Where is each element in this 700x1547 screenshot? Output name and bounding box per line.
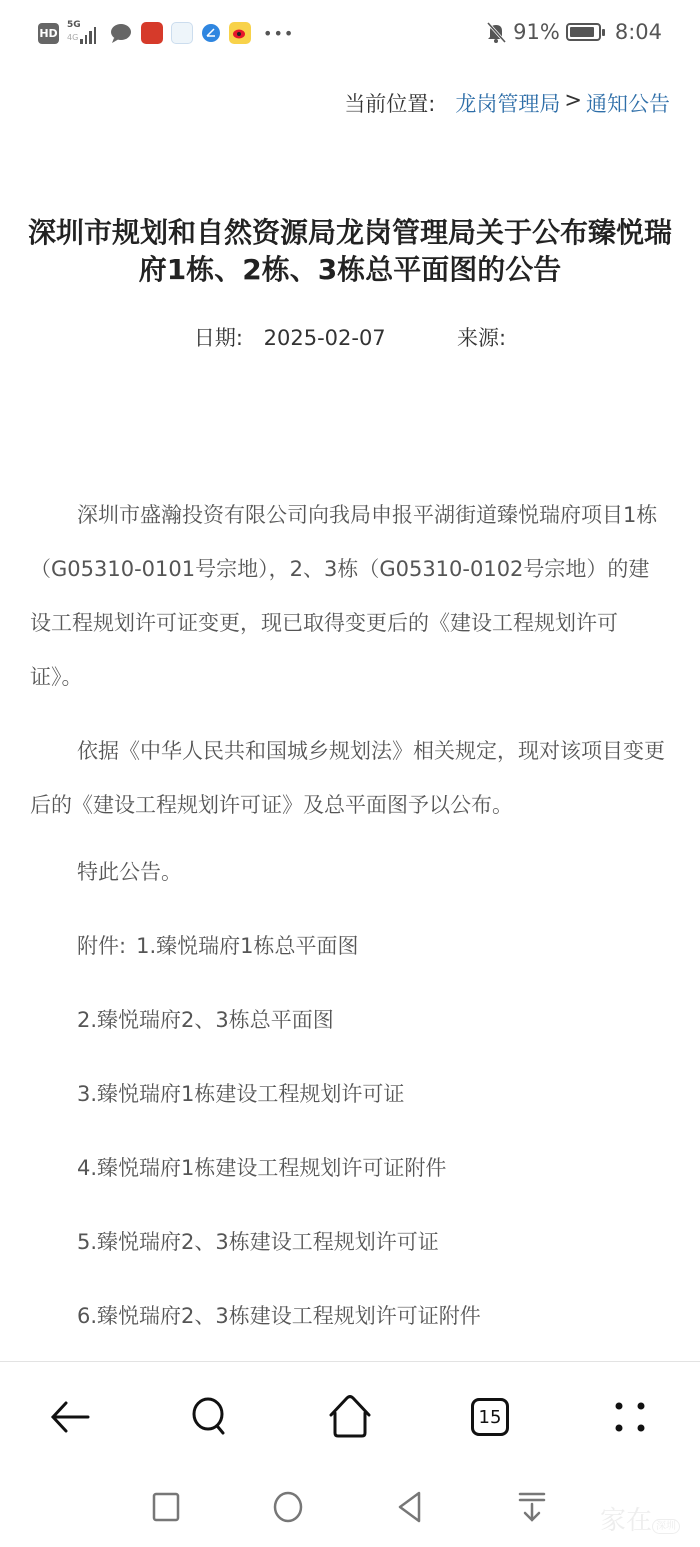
status-bar: HD 5G 4G ••• 91% 8:04 <box>0 0 700 70</box>
attachment-2[interactable]: 2.臻悦瑞府2、3栋总平面图 <box>30 1000 670 1074</box>
closing-text: 特此公告。 <box>30 852 670 926</box>
clock: 8:04 <box>615 20 662 44</box>
light-app-icon <box>171 22 193 44</box>
circle-icon <box>271 1490 305 1524</box>
pull-down-icon <box>517 1490 547 1524</box>
recents-button[interactable] <box>146 1487 186 1527</box>
source-label: 来源: <box>457 326 506 350</box>
attachment-3[interactable]: 3.臻悦瑞府1栋建设工程规划许可证 <box>30 1074 670 1148</box>
battery-percent: 91% <box>513 20 560 44</box>
attachments-label: 附件: <box>77 934 126 958</box>
attachment-6[interactable]: 6.臻悦瑞府2、3栋建设工程规划许可证附件 <box>30 1296 670 1370</box>
system-home-button[interactable] <box>268 1487 308 1527</box>
paragraph-1: 深圳市盛瀚投资有限公司向我局申报平湖街道臻悦瑞府项目1栋（G05310-0101… <box>30 488 670 704</box>
watermark: 家在深圳 <box>600 1500 680 1537</box>
article-meta: 日期: 2025-02-07 来源: <box>0 322 700 352</box>
message-icon <box>109 22 133 44</box>
home-button[interactable] <box>325 1392 375 1442</box>
hd-icon: HD <box>38 23 59 44</box>
notification-shade-button[interactable] <box>512 1487 552 1527</box>
status-left: HD 5G 4G ••• <box>38 22 294 44</box>
date-value: 2025-02-07 <box>264 326 386 350</box>
date-label: 日期: <box>194 326 243 350</box>
attachment-5[interactable]: 5.臻悦瑞府2、3栋建设工程规划许可证 <box>30 1222 670 1296</box>
browser-toolbar: 15 <box>0 1362 700 1472</box>
home-icon <box>327 1395 373 1439</box>
menu-button[interactable] <box>605 1392 655 1442</box>
menu-dots-icon <box>612 1399 648 1435</box>
page-title: 深圳市规划和自然资源局龙岗管理局关于公布臻悦瑞府1栋、2栋、3栋总平面图的公告 <box>20 214 680 288</box>
battery-icon <box>566 23 601 41</box>
bell-muted-icon <box>485 21 507 43</box>
blue-app-icon <box>201 23 221 43</box>
search-icon <box>188 1395 232 1439</box>
breadcrumb: 当前位置: 龙岗管理局 > 通知公告 <box>344 88 670 118</box>
tabs-button[interactable]: 15 <box>465 1392 515 1442</box>
system-nav-bar <box>0 1472 700 1547</box>
breadcrumb-link-longgang[interactable]: 龙岗管理局 <box>455 88 560 118</box>
arrow-left-icon <box>48 1397 92 1437</box>
square-icon <box>151 1492 181 1522</box>
weibo-icon <box>229 22 251 44</box>
tabs-icon: 15 <box>471 1398 509 1436</box>
breadcrumb-link-notices[interactable]: 通知公告 <box>586 88 670 118</box>
more-notifications-icon: ••• <box>263 24 294 43</box>
red-app-icon <box>141 22 163 44</box>
attachment-1-label[interactable]: 1.臻悦瑞府1栋总平面图 <box>136 934 358 958</box>
search-button[interactable] <box>185 1392 235 1442</box>
breadcrumb-separator: > <box>564 88 582 118</box>
triangle-back-icon <box>395 1490 425 1524</box>
attachment-1[interactable]: 附件:1.臻悦瑞府1栋总平面图 <box>30 926 670 1000</box>
signal-icon: 5G 4G <box>67 22 101 44</box>
system-back-button[interactable] <box>390 1487 430 1527</box>
back-button[interactable] <box>45 1392 95 1442</box>
article-body: 深圳市盛瀚投资有限公司向我局申报平湖街道臻悦瑞府项目1栋（G05310-0101… <box>30 488 670 1370</box>
tab-count: 15 <box>479 1407 502 1428</box>
attachment-4[interactable]: 4.臻悦瑞府1栋建设工程规划许可证附件 <box>30 1148 670 1222</box>
breadcrumb-label: 当前位置: <box>344 88 435 118</box>
paragraph-2: 依据《中华人民共和国城乡规划法》相关规定，现对该项目变更后的《建设工程规划许可证… <box>30 724 670 832</box>
status-right: 91% 8:04 <box>485 20 662 44</box>
